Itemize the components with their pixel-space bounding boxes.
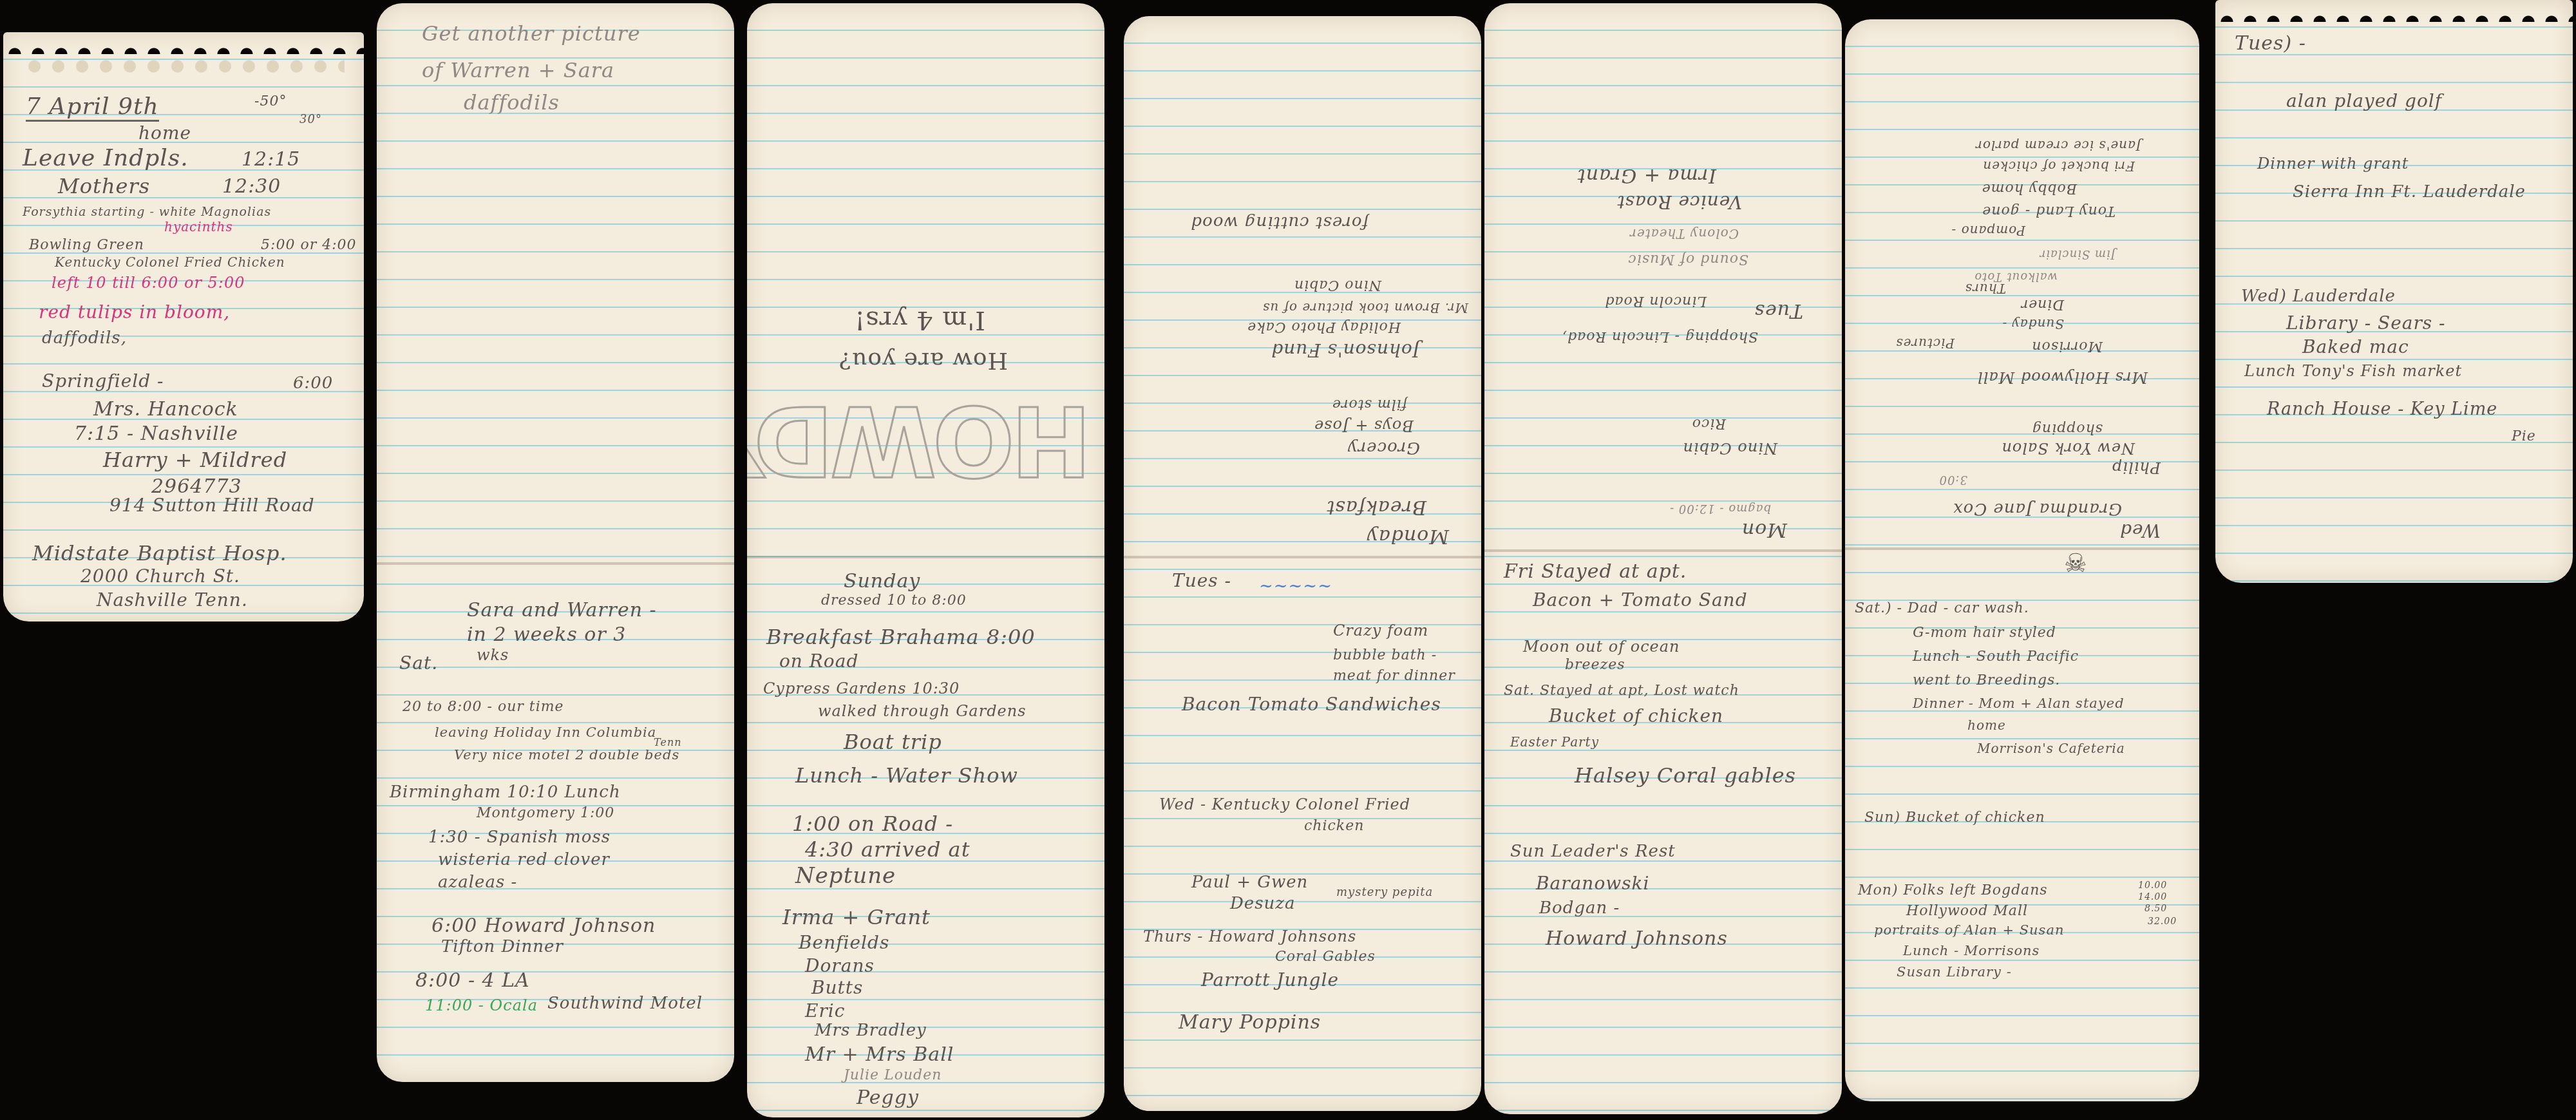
note: Boat trip	[844, 730, 942, 754]
note: on Road	[779, 650, 858, 672]
note-upside-down: Lincoln Road	[1604, 293, 1707, 309]
note: wisteria red clover	[438, 850, 610, 869]
note: Springfield -	[42, 370, 164, 392]
entry-date: 7 April 9th	[26, 93, 159, 122]
guest-name: Julie Louden	[844, 1067, 942, 1083]
note: Lunch - Water Show	[795, 763, 1018, 788]
note: meat for dinner	[1333, 668, 1455, 684]
note-upside-down: film store	[1332, 396, 1407, 412]
note: Baranowski	[1536, 873, 1650, 894]
guest-name: Peggy	[857, 1087, 919, 1109]
page-bottom-half: Sara and Warren - in 2 weeks or 3 wks Sa…	[377, 564, 734, 1082]
note: Parrott Jungle	[1201, 969, 1339, 991]
day-label: Tues -	[1172, 570, 1231, 591]
note-upside-down: Pompano -	[1951, 223, 2025, 238]
note: Mary Poppins	[1179, 1011, 1321, 1034]
note: Breakfast Brahama 8:00	[766, 625, 1036, 649]
note: Cypress Gardens 10:30	[763, 679, 960, 698]
note: Bacon Tomato Sandwiches	[1182, 694, 1441, 715]
page-top-half-upside-down: Mon bagmo - 12:00 - Nino Cabin Rico Shop…	[1484, 3, 1842, 544]
note-upside-down: Nino Cabin	[1294, 277, 1381, 293]
note: Get another picture	[422, 21, 641, 46]
page-bottom-half: Sunday dressed 10 to 8:00 Breakfast Brah…	[747, 557, 1104, 1117]
notepad-page-2: Get another picture of Warren + Sara daf…	[377, 3, 734, 1082]
address: Nashville Tenn.	[97, 589, 248, 611]
note: home	[138, 122, 191, 144]
note-upside-down: bagmo - 12:00 -	[1669, 502, 1771, 515]
note: bubble bath -	[1333, 647, 1437, 663]
note: Bucket of chicken	[1549, 705, 1723, 726]
notepad-page-4: Monday Breakfast Grocery Boys + Jose fil…	[1124, 16, 1481, 1111]
note: Desuza	[1230, 894, 1296, 913]
note: Leave Indpls.	[23, 145, 189, 171]
page-top-half-upside-down: Monday Breakfast Grocery Boys + Jose fil…	[1124, 16, 1481, 557]
note-upside-down: Jim Sinclair	[2040, 247, 2116, 261]
note: in 2 weeks or 3	[467, 623, 626, 646]
note: Forsythia starting - white Magnolias	[23, 205, 271, 219]
note-upside-down: shopping	[2032, 421, 2103, 437]
note: 20 to 8:00 - our time	[402, 699, 564, 715]
guest-name: Butts	[811, 977, 863, 998]
note: wks	[477, 646, 509, 664]
note-upside-down: Mon	[1741, 518, 1787, 541]
note: Tifton Dinner	[441, 937, 563, 956]
amount: 14.00	[2138, 892, 2167, 902]
note-upside-down: Tony Land - gone	[1982, 203, 2116, 219]
note: breezes	[1565, 657, 1625, 673]
note: Bodgan -	[1539, 898, 1620, 918]
note-upside-down: Mrs Hollywood Mall	[1977, 368, 2148, 386]
note: daffodils,	[42, 328, 127, 348]
note-upside-down: 3:00	[1939, 473, 1967, 486]
note: dressed 10 to 8:00	[821, 593, 967, 609]
note-upside-down: How are you?	[838, 347, 1008, 374]
note-upside-down: Holiday Photo Cake	[1247, 319, 1401, 335]
note-upside-down: Pictures	[1895, 336, 1955, 351]
notepad-page-6: Wed Grandma Jane Cox 3:00 Philip New Yor…	[1845, 19, 2199, 1101]
note: Susan Library -	[1897, 964, 2012, 980]
address: 2000 Church St.	[80, 565, 240, 587]
note: Very nice motel 2 double beds	[454, 747, 679, 763]
note: Coral Gables	[1275, 949, 1376, 965]
note-upside-down: Bobby home	[1982, 180, 2077, 196]
spiral-perforation	[3, 32, 364, 54]
amount-total: 32.00	[2148, 916, 2177, 927]
note: Sun Leader's Rest	[1510, 842, 1676, 861]
guest-name: Mr + Mrs Ball	[805, 1043, 954, 1066]
note: Sat.) - Dad - car wash.	[1855, 600, 2029, 616]
note: Lunch - South Pacific	[1913, 649, 2079, 665]
note: Baked mac	[2302, 336, 2409, 357]
note: azaleas -	[438, 873, 517, 892]
note: Dinner - Mom + Alan stayed	[1913, 696, 2125, 711]
note: alan played golf	[2286, 90, 2442, 111]
note: Thurs - Howard Johnsons	[1143, 927, 1356, 945]
note: Easter Party	[1510, 734, 1599, 750]
time: 12:15	[241, 148, 300, 171]
note: 6:00 Howard Johnson	[431, 915, 656, 937]
bubble-letters-howdy: HOWDY	[747, 384, 1092, 496]
note-upside-down: Shopping - Lincoln Road,	[1562, 328, 1758, 345]
note-upside-down: Mr. Brown took picture of us	[1262, 300, 1468, 316]
note: Sara and Warren -	[467, 599, 657, 622]
note-upside-down: Monday	[1367, 525, 1449, 547]
note: Southwind Motel	[547, 994, 703, 1013]
note: 8:00 - 4 LA	[415, 969, 530, 992]
note: went to Breedings.	[1913, 672, 2060, 688]
note: Library - Sears -	[2286, 312, 2446, 334]
note: Harry + Mildred	[103, 448, 287, 472]
note: portraits of Alan + Susan	[1874, 922, 2064, 938]
note-upside-down: Morrison	[2031, 338, 2103, 354]
page-bottom-half: ☠ Sat.) - Dad - car wash. G-mom hair sty…	[1845, 549, 2199, 1101]
note: Dinner with grant	[2257, 155, 2409, 173]
note-upside-down: Grandma Jane Cox	[1953, 499, 2122, 518]
note: Sat. Stayed at apt, Lost watch	[1504, 683, 1739, 699]
note: 4:30 arrived at	[805, 837, 971, 862]
notepad-page-1: 7 April 9th -50° 30° home Leave Indpls. …	[3, 32, 364, 622]
blue-scribble: ~~~~~	[1259, 576, 1332, 596]
note: home	[1967, 717, 2006, 733]
note: Kentucky Colonel Fried Chicken	[55, 254, 285, 270]
note-upside-down: Rico	[1692, 415, 1726, 432]
note: leaving Holiday Inn Columbia	[435, 725, 656, 740]
day-label: Wed) Lauderdale	[2241, 287, 2396, 306]
note: -50°	[254, 93, 287, 109]
note-upside-down: walkout Toto	[1974, 270, 2058, 283]
time: 12:30	[222, 175, 281, 198]
note-pink: hyacinths	[164, 219, 233, 234]
note: G-mom hair styled	[1913, 625, 2056, 641]
note: 7:15 - Nashville	[74, 422, 238, 445]
note: mystery pepita	[1336, 886, 1433, 899]
guest-name: Dorans	[805, 955, 875, 976]
note: Neptune	[795, 863, 896, 889]
note-upside-down: Tues	[1754, 299, 1803, 322]
note: Halsey Coral gables	[1575, 763, 1796, 788]
doodle-skull-icon: ☠	[2064, 549, 2088, 578]
note: chicken	[1304, 818, 1364, 834]
amount: 8.50	[2145, 904, 2167, 914]
note: walked through Gardens	[818, 702, 1027, 720]
note: 1:30 - Spanish moss	[428, 828, 611, 847]
note-upside-down: Grocery	[1347, 438, 1420, 457]
note-upside-down: Fri bucket of chicken	[1982, 158, 2135, 174]
day-label: Tues) -	[2235, 32, 2306, 55]
note-upside-down: Philip	[2112, 459, 2161, 477]
note-upside-down: Johnson's Fund	[1271, 339, 1420, 361]
page-bottom-half: Fri Stayed at apt. Bacon + Tomato Sand M…	[1484, 551, 1842, 1114]
spiral-holes	[23, 58, 345, 75]
note-upside-down: Breakfast	[1326, 496, 1426, 518]
note: Mon) Folks left Bogdans	[1858, 882, 2048, 898]
note-upside-down: Venice Roast	[1616, 191, 1742, 213]
notepad-page-5: Mon bagmo - 12:00 - Nino Cabin Rico Shop…	[1484, 3, 1842, 1114]
guest-name: Benfields	[799, 932, 889, 953]
note: Pie	[2512, 428, 2536, 444]
note: 30°	[299, 113, 322, 126]
note-upside-down: Sound of Music	[1628, 251, 1748, 267]
note-upside-down: New York Salon	[2001, 439, 2135, 457]
note: Birmingham 10:10 Lunch	[390, 783, 621, 802]
note: Lunch Tony's Fish market	[2244, 362, 2462, 380]
spiral-perforation	[2215, 0, 2573, 22]
page-top-half-upside-down: Wed Grandma Jane Cox 3:00 Philip New Yor…	[1845, 19, 2199, 547]
note: Lunch - Morrisons	[1903, 943, 2040, 958]
notepad-page-3: I'm 4 yrs! How are you? HOWDY Sunday dre…	[747, 3, 1104, 1117]
note: Midstate Baptist Hosp.	[32, 541, 287, 565]
note-pink: left 10 till 6:00 or 5:00	[52, 274, 245, 292]
note-upside-down: forest cutting wood	[1190, 213, 1368, 232]
note: daffodils	[464, 90, 560, 115]
note: Moon out of ocean	[1523, 638, 1680, 656]
note: of Warren + Sara	[422, 58, 614, 82]
page-bottom-half: Tues - ~~~~~ Crazy foam bubble bath - me…	[1124, 557, 1481, 1111]
note-green: 11:00 - Ocala	[425, 996, 538, 1014]
note-upside-down: I'm 4 yrs!	[854, 305, 985, 335]
guest-name: Irma + Grant	[782, 905, 931, 929]
note-upside-down: Diner	[2021, 296, 2064, 312]
note: Bowling Green	[29, 237, 144, 253]
amount: 10.00	[2138, 880, 2167, 891]
note-upside-down: Irma + Grant	[1577, 164, 1716, 187]
time: 5:00 or 4:00	[261, 237, 357, 253]
note: Wed - Kentucky Colonel Fried	[1159, 795, 1410, 813]
note-upside-down: Wed	[2119, 520, 2161, 541]
note-upside-down: Sunday -	[2002, 316, 2064, 332]
page-top-half-upside-down: I'm 4 yrs! How are you? HOWDY	[747, 3, 1104, 554]
address: 914 Sutton Hill Road	[109, 495, 315, 516]
note-upside-down: Nino Cabin	[1683, 439, 1777, 457]
note-upside-down: Jane's ice cream parlor	[1975, 138, 2141, 153]
note: Sierra Inn Ft. Lauderdale	[2293, 182, 2526, 202]
note: Ranch House - Key Lime	[2267, 399, 2497, 419]
guest-name: Eric	[805, 1000, 845, 1021]
note: Mothers	[58, 174, 150, 198]
day-label: Sat.	[399, 652, 438, 674]
note: Fri Stayed at apt.	[1504, 560, 1687, 583]
note: Hollywood Mall	[1906, 903, 2028, 919]
note: Bacon + Tomato Sand	[1533, 589, 1748, 611]
note: Mrs. Hancock	[93, 398, 238, 421]
note: Paul + Gwen	[1191, 873, 1308, 892]
note: Montgomery 1:00	[477, 805, 614, 821]
day-label: Sunday	[844, 570, 920, 593]
note: Howard Johnsons	[1546, 927, 1728, 950]
note-pink: red tulips in bloom,	[39, 301, 230, 323]
note-upside-down: Boys + Jose	[1314, 417, 1414, 435]
note: Morrison's Cafeteria	[1977, 741, 2125, 756]
note: 1:00 on Road -	[792, 812, 953, 836]
notepad-page-7: Tues) - alan played golf Dinner with gra…	[2215, 0, 2573, 583]
note: Crazy foam	[1333, 622, 1428, 640]
note: Sun) Bucket of chicken	[1864, 810, 2045, 826]
page-top-half: Get another picture of Warren + Sara daf…	[377, 3, 734, 557]
guest-name: Mrs Bradley	[815, 1021, 927, 1040]
time: 6:00	[293, 374, 333, 393]
note-upside-down: Colony Theater	[1629, 226, 1739, 242]
